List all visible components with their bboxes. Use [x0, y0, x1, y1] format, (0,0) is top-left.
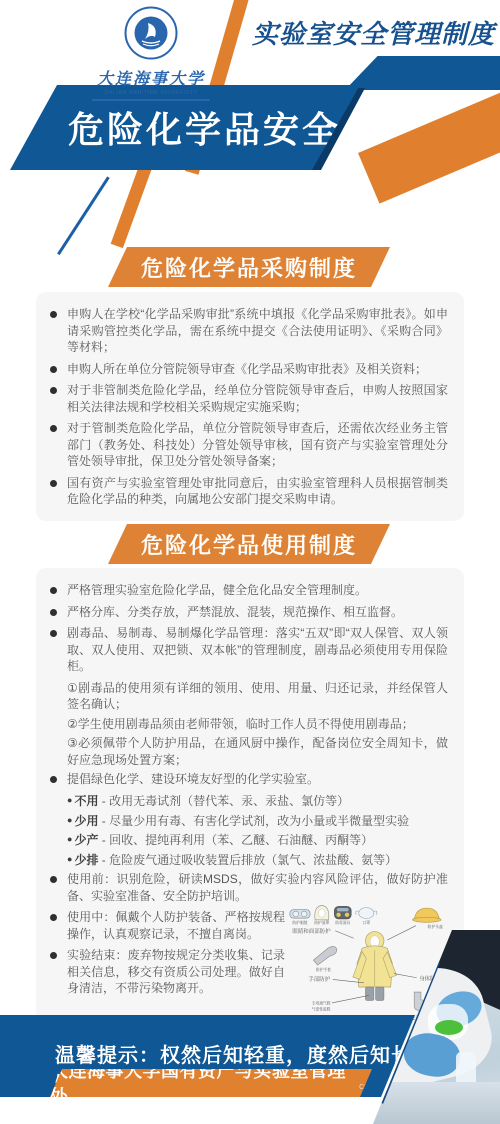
- list-item: 实验结束：废弃物按规定分类收集、记录相关信息，移交有资质公司处理。做好自身清洁，…: [50, 947, 285, 997]
- list-item: 使用中：佩戴个人防护装备、严格按规程操作，认真观察记录，不擅自离岗。: [50, 909, 285, 942]
- section-title-procurement: 危险化学品采购制度: [141, 252, 357, 283]
- section-title-usage: 危险化学品使用制度: [141, 529, 357, 560]
- green-text: - 改用无毒试剂（替代苯、汞、汞盐、氯仿等）: [102, 794, 349, 808]
- list-item: 对于管制类危险化学品，单位分管院领导审查后，还需依次经业务主管部门（教务处、科技…: [50, 420, 448, 470]
- small-orange-stripe: [111, 165, 152, 248]
- label-face-protection: 眼睛和面部防护: [292, 928, 331, 936]
- bullet-text: 对于非管制类危险化学品，经单位分管院领导审查后，申购人按照国家相关法律法规和学校…: [67, 382, 448, 415]
- bullet-text: 提倡绿色化学、建设环境友好型的化学实验室。: [67, 771, 319, 788]
- sub-item: ②学生使用剧毒品须由老师带领，临时工作人员不得使用剧毒品；: [67, 716, 448, 733]
- small-bullet-icon: ●: [67, 795, 72, 805]
- green-label: 少产: [74, 833, 98, 847]
- bullet-text: 对于管制类危险化学品，单位分管院领导审查后，还需依次经业务主管部门（教务处、科技…: [67, 420, 448, 470]
- university-name-cn: 大连海事大学: [92, 66, 210, 89]
- label-vent-shoe-1: 专用通气鞋: [312, 1001, 331, 1006]
- usage-panel: 严格管理实验室危险化学品，健全危化品安全管理制度。 严格分库、分类存放，严禁混放…: [36, 568, 464, 1037]
- green-text: - 尽量少用有毒、有害化学试剂，改为小量或半微量型实验: [102, 814, 409, 828]
- bullet-text: 国有资产与实验室管理处审批同意后，由实验室管理科人员根据管制类危险化学品的种类，…: [67, 475, 448, 508]
- section-banner-usage: 危险化学品使用制度: [108, 524, 390, 564]
- green-chem-item: ●不用 - 改用无毒试剂（替代苯、汞、汞盐、氯仿等）: [67, 793, 448, 810]
- bottom-split-row: 使用中：佩戴个人防护装备、严格按规程操作，认真观察记录，不擅自离岗。 实验结束：…: [50, 909, 448, 1029]
- bullet-dot-icon: [50, 587, 57, 594]
- bullet-text: 严格管理实验室危险化学品，健全危化品安全管理制度。: [67, 582, 367, 599]
- label-hand-protection: 手部防护: [308, 975, 330, 983]
- list-item: 申购人所在单位分管院领导审查《化学品采购审批表》及相关资料；: [50, 361, 448, 378]
- small-bullet-icon: ●: [67, 854, 72, 864]
- bullet-text: 使用中：佩戴个人防护装备、严格按规程操作，认真观察记录，不擅自离岗。: [67, 909, 285, 942]
- series-title: 实验室安全管理制度: [252, 14, 498, 51]
- main-banner-title: 危险化学品安全: [0, 102, 341, 153]
- footer-banner: 大连海事大学国有资产与实验室管理处 C03: [50, 1069, 372, 1097]
- sub-item: ③必须佩带个人防护用品，在通风厨中操作，配备岗位安全周知卡，做好应急现场处置方案…: [67, 735, 448, 768]
- bullet-dot-icon: [50, 311, 57, 318]
- green-chem-item: ●少排 - 危险废气通过吸收装置后排放（氯气、浓盐酸、氨等）: [67, 852, 448, 869]
- bullet-text: 实验结束：废弃物按规定分类收集、记录相关信息，移交有资质公司处理。做好自身清洁，…: [67, 947, 285, 997]
- label-helmet: 防护头盔: [428, 924, 443, 929]
- list-item: 提倡绿色化学、建设环境友好型的化学实验室。: [50, 771, 448, 788]
- procurement-panel: 申购人在学校“化学品采购审批”系统中填报《化学品采购审批表》。如申请采购管控类化…: [36, 292, 464, 521]
- bullet-dot-icon: [50, 480, 57, 487]
- bullet-dot-icon: [50, 387, 57, 394]
- list-item: 严格分库、分类存放，严禁混放、混装，规范操作、相互监督。: [50, 604, 448, 621]
- university-emblem-icon: [124, 6, 178, 60]
- bullet-dot-icon: [50, 630, 57, 637]
- section-banner-procurement: 危险化学品采购制度: [108, 247, 390, 287]
- label-vent-shoe-2: 气密性胶鞋: [312, 1007, 331, 1012]
- label-face-shield: 防护面罩: [314, 920, 329, 925]
- label-mask: 口罩: [363, 920, 371, 925]
- small-bullet-icon: ●: [67, 815, 72, 825]
- label-glove: 防护手套: [316, 967, 331, 972]
- label-goggles: 防护眼镜: [292, 920, 307, 925]
- green-label: 少用: [74, 814, 98, 828]
- green-text: - 危险废气通过吸收装置后排放（氯气、浓盐酸、氨等）: [102, 853, 397, 867]
- university-name-en: DALIAN MARITIME UNIVERSITY: [92, 90, 210, 96]
- bullet-dot-icon: [50, 609, 57, 616]
- poster-page: 大连海事大学 DALIAN MARITIME UNIVERSITY 实验室安全管…: [0, 0, 500, 1124]
- label-gas-mask: 防毒面具: [335, 920, 350, 925]
- list-item: 严格管理实验室危险化学品，健全危化品安全管理制度。: [50, 582, 448, 599]
- list-item: 使用前：识别危险，研读MSDS，做好实验内容风险评估，做好防护准备、实验室准备、…: [50, 871, 448, 904]
- small-bullet-icon: ●: [67, 834, 72, 844]
- list-item: 国有资产与实验室管理处审批同意后，由实验室管理科人员根据管制类危险化学品的种类，…: [50, 475, 448, 508]
- bullet-text: 剧毒品、易制毒、易制爆化学品管理：落实“五双”即“双人保管、双人领取、双人使用、…: [67, 625, 448, 675]
- green-chem-item: ●少产 - 回收、提纯再利用（苯、乙醚、石油醚、丙酮等）: [67, 832, 448, 849]
- thin-blue-line: [57, 176, 109, 255]
- bullet-dot-icon: [50, 952, 57, 959]
- bullet-dot-icon: [50, 425, 57, 432]
- bullet-dot-icon: [50, 366, 57, 373]
- bullet-dot-icon: [50, 776, 57, 783]
- bullet-text: 使用前：识别危险，研读MSDS，做好实验内容风险评估，做好防护准备、实验室准备、…: [67, 871, 448, 904]
- green-text: - 回收、提纯再利用（苯、乙醚、石油醚、丙酮等）: [102, 833, 373, 847]
- sub-item: ①剧毒品的使用须有详细的领用、使用、用量、归还记录，并经保管人签名确认；: [67, 680, 448, 713]
- navy-trapezoid-shape: [345, 56, 500, 90]
- list-item: 对于非管制类危险化学品，经单位分管院领导审查后，申购人按照国家相关法律法规和学校…: [50, 382, 448, 415]
- university-logo: 大连海事大学 DALIAN MARITIME UNIVERSITY: [92, 6, 210, 101]
- logo-underline: [92, 99, 210, 101]
- green-label: 少排: [74, 853, 98, 867]
- bullet-text: 申购人在学校“化学品采购审批”系统中填报《化学品采购审批表》。如申请采购管控类化…: [67, 306, 448, 356]
- green-label: 不用: [74, 794, 98, 808]
- green-chem-item: ●少用 - 尽量少用有毒、有害化学试剂，改为小量或半微量型实验: [67, 813, 448, 830]
- bullet-dot-icon: [50, 876, 57, 883]
- photo-green-liquid-shape: [435, 1020, 463, 1035]
- bullet-dot-icon: [50, 914, 57, 921]
- list-item: 剧毒品、易制毒、易制爆化学品管理：落实“五双”即“双人保管、双人领取、双人使用、…: [50, 625, 448, 675]
- bottom-left-column: 使用中：佩戴个人防护装备、严格按规程操作，认真观察记录，不擅自离岗。 实验结束：…: [50, 909, 285, 1029]
- list-item: 申购人在学校“化学品采购审批”系统中填报《化学品采购审批表》。如申请采购管控类化…: [50, 306, 448, 356]
- bullet-text: 申购人所在单位分管院领导审查《化学品采购审批表》及相关资料；: [67, 361, 427, 378]
- bullet-text: 严格分库、分类存放，严禁混放、混装，规范操作、相互监督。: [67, 604, 403, 621]
